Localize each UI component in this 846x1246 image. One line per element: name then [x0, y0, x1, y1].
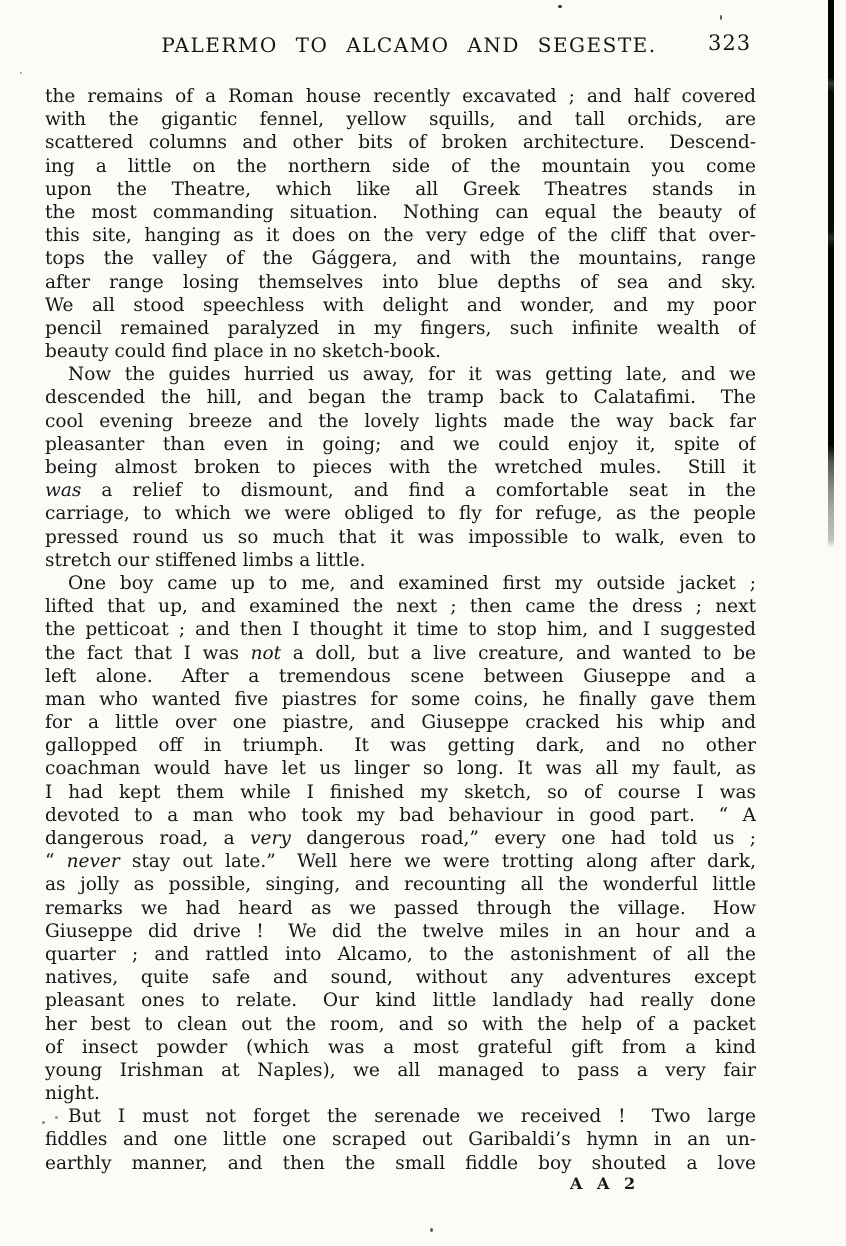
text-line: with the gigantic fennel, yellow squills…: [45, 108, 756, 131]
text-line: man who wanted five piastres for some co…: [45, 688, 756, 711]
text-line: night.: [45, 1082, 756, 1105]
text-line: cool evening breeze and the lovely light…: [45, 410, 756, 433]
text-segment: natives, quite safe and sound, without a…: [45, 967, 756, 988]
scan-speck: [55, 1116, 58, 1119]
text-line: the fact that I was not a doll, but a li…: [45, 642, 756, 665]
scan-speck: [430, 1228, 433, 1232]
text-line: upon the Theatre, which like all Greek T…: [45, 178, 756, 201]
text-line: quarter ; and rattled into Alcamo, to th…: [45, 943, 756, 966]
text-segment: after range losing themselves into blue …: [45, 272, 756, 293]
text-segment: fiddles and one little one scraped out G…: [45, 1129, 756, 1150]
text-segment: night.: [45, 1083, 100, 1104]
text-segment: lifted that up, and examined the next ; …: [45, 596, 756, 617]
text-segment: left alone. After a tremendous scene bet…: [45, 666, 756, 687]
text-segment: pleasant ones to relate. Our kind little…: [45, 990, 756, 1011]
text-segment: being almost broken to pieces with the w…: [45, 457, 756, 478]
text-segment: coachman would have let us linger so lon…: [45, 758, 756, 779]
text-line: devoted to a man who took my bad behavio…: [45, 804, 756, 827]
text-segment: dangerous road, a: [45, 828, 250, 849]
text-line: natives, quite safe and sound, without a…: [45, 966, 756, 989]
scan-speck: [558, 5, 562, 8]
text-line: after range losing themselves into blue …: [45, 271, 756, 294]
text-segment: pleasanter than even in going; and we co…: [45, 434, 756, 455]
text-line: gallopped off in triumph. It was getting…: [45, 734, 756, 757]
text-segment: for a little over one piastre, and Giuse…: [45, 712, 756, 733]
scan-speck: [20, 72, 22, 74]
text-line: dangerous road, a very dangerous road,” …: [45, 827, 756, 850]
text-line: left alone. After a tremendous scene bet…: [45, 665, 756, 688]
text-line: fiddles and one little one scraped out G…: [45, 1128, 756, 1151]
text-line: carriage, to which we were obliged to fl…: [45, 502, 756, 525]
italic-text: very: [250, 828, 291, 849]
text-line: descended the hill, and began the tramp …: [45, 386, 756, 409]
text-segment: carriage, to which we were obliged to fl…: [45, 503, 756, 524]
text-segment: One boy came up to me, and examined firs…: [68, 573, 756, 594]
text-segment: scattered columns and other bits of brok…: [45, 132, 756, 153]
text-line: pencil remained paralyzed in my fingers,…: [45, 317, 756, 340]
text-segment: as jolly as possible, singing, and recou…: [45, 874, 756, 895]
running-head-title: PALERMO TO ALCAMO AND SEGESTE.: [0, 33, 818, 57]
text-segment: earthly manner, and then the small fiddl…: [45, 1153, 756, 1174]
text-line: this site, hanging as it does on the ver…: [45, 224, 756, 247]
text-segment: with the gigantic fennel, yellow squills…: [45, 109, 756, 130]
text-segment: quarter ; and rattled into Alcamo, to th…: [45, 944, 756, 965]
text-line: pleasant ones to relate. Our kind little…: [45, 989, 756, 1012]
italic-text: not: [251, 643, 282, 664]
text-line: pressed round us so much that it was imp…: [45, 526, 756, 549]
text-segment: I had kept them while I finished my sket…: [45, 782, 756, 803]
text-segment: ing a little on the northern side of the…: [45, 156, 756, 177]
text-line: for a little over one piastre, and Giuse…: [45, 711, 756, 734]
text-line: lifted that up, and examined the next ; …: [45, 595, 756, 618]
text-line: pleasanter than even in going; and we co…: [45, 433, 756, 456]
scanned-book-page: PALERMO TO ALCAMO AND SEGESTE. 323 the r…: [0, 0, 846, 1246]
italic-text: was: [45, 480, 81, 501]
text-segment: stay out late.” Well here we were trotti…: [120, 851, 756, 872]
text-segment: a relief to dismount, and find a comfort…: [81, 480, 756, 501]
text-segment: pencil remained paralyzed in my fingers,…: [45, 318, 756, 339]
text-line: young Irishman at Naples), we all manage…: [45, 1059, 756, 1082]
text-segment: devoted to a man who took my bad behavio…: [45, 805, 756, 826]
text-segment: tops the valley of the Gággera, and with…: [45, 248, 756, 269]
text-line: One boy came up to me, and examined firs…: [45, 572, 756, 595]
text-segment: cool evening breeze and the lovely light…: [45, 411, 756, 432]
text-segment: gallopped off in triumph. It was getting…: [45, 735, 756, 756]
text-segment: stretch our stiffened limbs a little.: [45, 550, 366, 571]
text-line: But I must not forget the serenade we re…: [45, 1105, 756, 1128]
text-line: her best to clean out the room, and so w…: [45, 1013, 756, 1036]
text-line: was a relief to dismount, and find a com…: [45, 479, 756, 502]
scan-speck: [720, 15, 722, 20]
text-line: stretch our stiffened limbs a little.: [45, 549, 756, 572]
text-line: tops the valley of the Gággera, and with…: [45, 247, 756, 270]
text-segment: dangerous road,” every one had told us ;: [291, 828, 756, 849]
text-segment: “: [45, 851, 67, 872]
text-line: the remains of a Roman house recently ex…: [45, 85, 756, 108]
text-segment: We all stood speechless with delight and…: [45, 295, 756, 316]
text-segment: the petticoat ; and then I thought it ti…: [45, 619, 756, 640]
text-segment: pressed round us so much that it was imp…: [45, 527, 756, 548]
text-line: beauty could find place in no sketch-boo…: [45, 340, 756, 363]
text-segment: But I must not forget the serenade we re…: [68, 1106, 756, 1127]
text-segment: Now the guides hurried us away, for it w…: [68, 364, 756, 385]
page-number: 323: [708, 31, 751, 55]
text-segment: remarks we had heard as we passed throug…: [45, 898, 756, 919]
text-segment: Giuseppe did drive ! We did the twelve m…: [45, 921, 756, 942]
text-segment: her best to clean out the room, and so w…: [45, 1014, 756, 1035]
text-line: remarks we had heard as we passed throug…: [45, 897, 756, 920]
text-line: scattered columns and other bits of brok…: [45, 131, 756, 154]
text-line: as jolly as possible, singing, and recou…: [45, 873, 756, 896]
text-line: the petticoat ; and then I thought it ti…: [45, 618, 756, 641]
text-line: the most commanding situation. Nothing c…: [45, 201, 756, 224]
text-line: Now the guides hurried us away, for it w…: [45, 363, 756, 386]
text-line: coachman would have let us linger so lon…: [45, 757, 756, 780]
text-segment: the remains of a Roman house recently ex…: [45, 86, 756, 107]
text-line: being almost broken to pieces with the w…: [45, 456, 756, 479]
text-segment: this site, hanging as it does on the ver…: [45, 225, 756, 246]
scan-speck: [42, 1121, 45, 1124]
text-segment: of insect powder (which was a most grate…: [45, 1037, 756, 1058]
text-segment: the fact that I was: [45, 643, 251, 664]
text-line: We all stood speechless with delight and…: [45, 294, 756, 317]
text-line: ing a little on the northern side of the…: [45, 155, 756, 178]
text-segment: upon the Theatre, which like all Greek T…: [45, 179, 756, 200]
body-text: the remains of a Roman house recently ex…: [45, 85, 756, 1175]
text-segment: young Irishman at Naples), we all manage…: [45, 1060, 756, 1081]
text-segment: beauty could find place in no sketch-boo…: [45, 341, 441, 362]
text-segment: the most commanding situation. Nothing c…: [45, 202, 756, 223]
text-segment: man who wanted five piastres for some co…: [45, 689, 756, 710]
signature-mark: A A 2: [570, 1174, 636, 1193]
text-line: earthly manner, and then the small fiddl…: [45, 1152, 756, 1175]
text-line: of insect powder (which was a most grate…: [45, 1036, 756, 1059]
text-line: I had kept them while I finished my sket…: [45, 781, 756, 804]
text-line: Giuseppe did drive ! We did the twelve m…: [45, 920, 756, 943]
text-segment: descended the hill, and began the tramp …: [45, 387, 756, 408]
scan-edge-line: [828, 0, 834, 548]
italic-text: never: [67, 851, 120, 872]
text-segment: a doll, but a live creature, and wanted …: [281, 643, 756, 664]
text-line: “ never stay out late.” Well here we wer…: [45, 850, 756, 873]
